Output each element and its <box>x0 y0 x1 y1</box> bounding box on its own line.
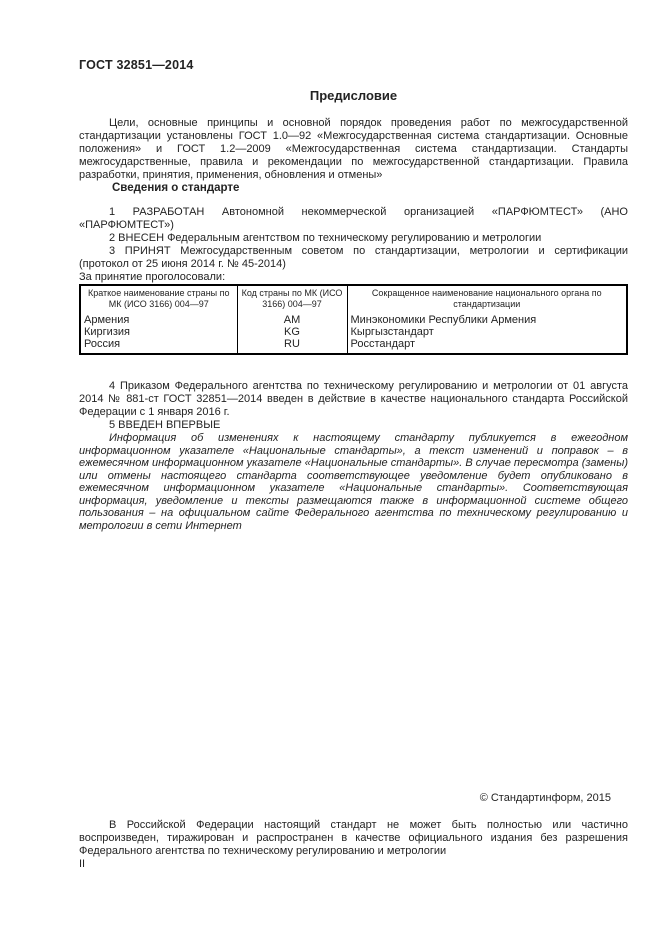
cell-body: Кыргызстандарт <box>347 326 627 338</box>
vote-table-header-body: Сокращенное наименование национального о… <box>347 285 627 312</box>
cell-country: Россия <box>80 338 237 354</box>
page-content: ГОСТ 32851—2014 Предисловие Цели, основн… <box>79 58 628 532</box>
vote-table-header-row: Краткое наименование страны по МК (ИСО 3… <box>80 285 627 312</box>
table-row: Армения AM Минэкономики Республики Армен… <box>80 312 627 326</box>
intro-paragraph: Цели, основные принципы и основной поряд… <box>79 117 628 182</box>
standard-info-item-3: 3 ПРИНЯТ Межгосударственным советом по с… <box>79 245 628 271</box>
page-title: Предисловие <box>79 88 628 103</box>
cell-code: AM <box>237 312 347 326</box>
cell-country: Киргизия <box>80 326 237 338</box>
cell-body: Росстандарт <box>347 338 627 354</box>
vote-table-header-code: Код страны по МК (ИСО 3166) 004—97 <box>237 285 347 312</box>
vote-table: Краткое наименование страны по МК (ИСО 3… <box>79 284 628 355</box>
doc-code: ГОСТ 32851—2014 <box>79 58 628 72</box>
standard-info-item-4: 4 Приказом Федерального агентства по тех… <box>79 380 628 419</box>
page-footer: © Стандартинформ, 2015 В Российской Феде… <box>79 792 628 871</box>
page-number: II <box>79 858 628 871</box>
document-page: ГОСТ 32851—2014 Предисловие Цели, основн… <box>0 0 661 935</box>
table-row: Россия RU Росстандарт <box>80 338 627 354</box>
standard-info-item-5: 5 ВВЕДЕН ВПЕРВЫЕ <box>79 419 628 432</box>
standard-info-item-2: 2 ВНЕСЕН Федеральным агентством по техни… <box>79 232 628 245</box>
vote-table-caption: За принятие проголосовали: <box>79 271 628 283</box>
cell-code: RU <box>237 338 347 354</box>
standard-info-heading: Сведения о стандарте <box>79 182 628 194</box>
table-row: Киргизия KG Кыргызстандарт <box>80 326 627 338</box>
cell-country: Армения <box>80 312 237 326</box>
standard-info-item-1: 1 РАЗРАБОТАН Автономной некоммерческой о… <box>79 206 628 232</box>
cell-code: KG <box>237 326 347 338</box>
vote-table-header-country: Краткое наименование страны по МК (ИСО 3… <box>80 285 237 312</box>
reproduction-notice: В Российской Федерации настоящий стандар… <box>79 819 628 858</box>
cell-body: Минэкономики Республики Армения <box>347 312 627 326</box>
amendment-notice: Информация об изменениях к настоящему ст… <box>79 432 628 532</box>
copyright-line: © Стандартинформ, 2015 <box>79 792 628 805</box>
